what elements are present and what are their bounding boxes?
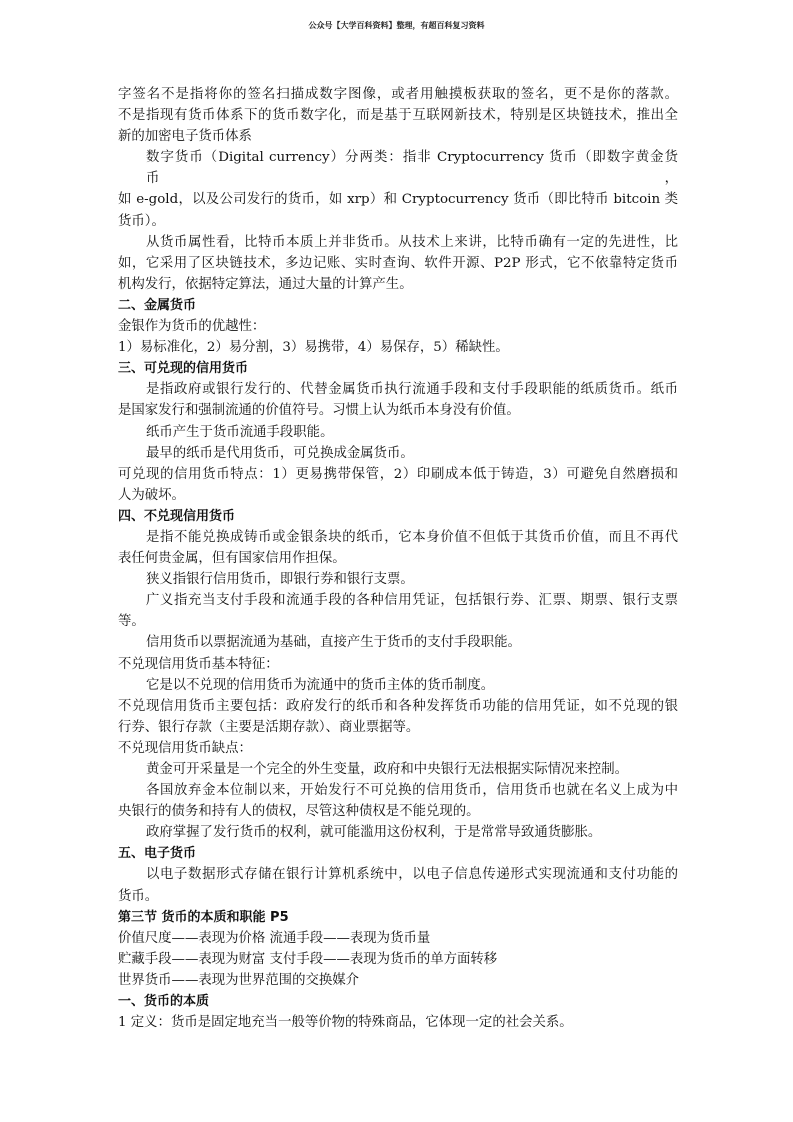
paragraph-first-line: 政府掌握了发行货币的权利，就可能滥用这份权利，于是常常导致通货膨胀。: [118, 822, 678, 843]
paragraph-line: 机构发行，依据特定算法，通过大量的计算产生。: [118, 274, 678, 295]
paragraph-first-line: 纸币产生于货币流通手段职能。: [118, 422, 678, 443]
paragraph-line: 不是指现有货币体系下的货币数字化，而是基于互联网新技术，特别是区块链技术，推出全: [118, 105, 678, 126]
paragraph-first-line: 各国放弃金本位制以来，开始发行不可兑换的信用货币，信用货币也就在名义上成为中: [118, 780, 678, 801]
paragraph-line: 货币）。: [118, 211, 678, 232]
paragraph-line: 如 e-gold，以及公司发行的货币，如 xrp）和 Cryptocurrenc…: [118, 189, 678, 210]
paragraph-line: 央银行的债务和持有人的债权，尽管这种债权是不能兑现的。: [118, 801, 678, 822]
paragraph-line: 不兑现信用货币主要包括：政府发行的纸币和各种发挥货币功能的信用凭证，如不兑现的银: [118, 696, 678, 717]
paragraph-line: 表任何贵金属，但有国家信用作担保。: [118, 548, 678, 569]
paragraph-first-line: 从货币属性看，比特币本质上并非货币。从技术上来讲，比特币确有一定的先进性，比: [118, 232, 678, 253]
paragraph-line: 人为破坏。: [118, 485, 678, 506]
paragraph-line: 1 定义：货币是固定地充当一般等价物的特殊商品，它体现一定的社会关系。: [118, 1012, 678, 1033]
paragraph-first-line: 数字货币（Digital currency）分两类：指非 Cryptocurre…: [118, 147, 678, 189]
paragraph-line: 如，它采用了区块链技术，多边记账、实时查询、软件开源、P2P 形式，它不依靠特定…: [118, 253, 678, 274]
paragraph-first-line: 广义指充当支付手段和流通手段的各种信用凭证，包括银行券、汇票、期票、银行支票: [118, 590, 678, 611]
document-body: 字签名不是指将你的签名扫描成数字图像，或者用触摸板获取的签名，更不是你的落款。不…: [118, 84, 678, 1033]
paragraph-first-line: 是指政府或银行发行的、代替金属货币执行流通手段和支付手段职能的纸质货币。纸币: [118, 379, 678, 400]
section-heading: 三、可兑现的信用货币: [118, 358, 678, 379]
paragraph-line: 世界货币——表现为世界范围的交换媒介: [118, 970, 678, 991]
paragraph-line: 货币。: [118, 886, 678, 907]
paragraph-first-line: 狭义指银行信用货币，即银行券和银行支票。: [118, 569, 678, 590]
paragraph-first-line: 它是以不兑现的信用货币为流通中的货币主体的货币制度。: [118, 675, 678, 696]
section-heading: 二、金属货币: [118, 295, 678, 316]
paragraph-first-line: 是指不能兑换成铸币或金银条块的纸币，它本身价值不但低于其货币价值，而且不再代: [118, 527, 678, 548]
paragraph-first-line: 以电子数据形式存储在银行计算机系统中，以电子信息传递形式实现流通和支付功能的: [118, 864, 678, 885]
paragraph-line: 贮藏手段——表现为财富 支付手段——表现为货币的单方面转移: [118, 949, 678, 970]
paragraph-first-line: 最早的纸币是代用货币，可兑换成金属货币。: [118, 443, 678, 464]
paragraph-first-line: 黄金可开采量是一个完全的外生变量，政府和中央银行无法根据实际情况来控制。: [118, 759, 678, 780]
section-heading: 一、货币的本质: [118, 991, 678, 1012]
paragraph-line: 不兑现信用货币缺点：: [118, 738, 678, 759]
paragraph-line: 不兑现信用货币基本特征：: [118, 654, 678, 675]
paragraph-line: 等。: [118, 611, 678, 632]
section-heading: 四、不兑现信用货币: [118, 506, 678, 527]
paragraph-line: 金银作为货币的优越性：: [118, 316, 678, 337]
paragraph-line: 1）易标准化，2）易分割，3）易携带，4）易保存，5）稀缺性。: [118, 337, 678, 358]
section-heading: 五、电子货币: [118, 843, 678, 864]
section-heading: 第三节 货币的本质和职能 P5: [118, 907, 678, 928]
paragraph-line: 字签名不是指将你的签名扫描成数字图像，或者用触摸板获取的签名，更不是你的落款。: [118, 84, 678, 105]
paragraph-line: 可兑现的信用货币特点：1）更易携带保管，2）印刷成本低于铸造，3）可避免自然磨损…: [118, 464, 678, 485]
paragraph-line: 行券、银行存款（主要是活期存款）、商业票据等。: [118, 717, 678, 738]
paragraph-line: 新的加密电子货币体系: [118, 126, 678, 147]
paragraph-first-line: 信用货币以票据流通为基础，直接产生于货币的支付手段职能。: [118, 632, 678, 653]
paragraph-line: 是国家发行和强制流通的价值符号。习惯上认为纸币本身没有价值。: [118, 400, 678, 421]
paragraph-line: 价值尺度——表现为价格 流通手段——表现为货币量: [118, 928, 678, 949]
page-header-watermark: 公众号【大学百科资料】整理，有超百科复习资料: [0, 20, 793, 31]
